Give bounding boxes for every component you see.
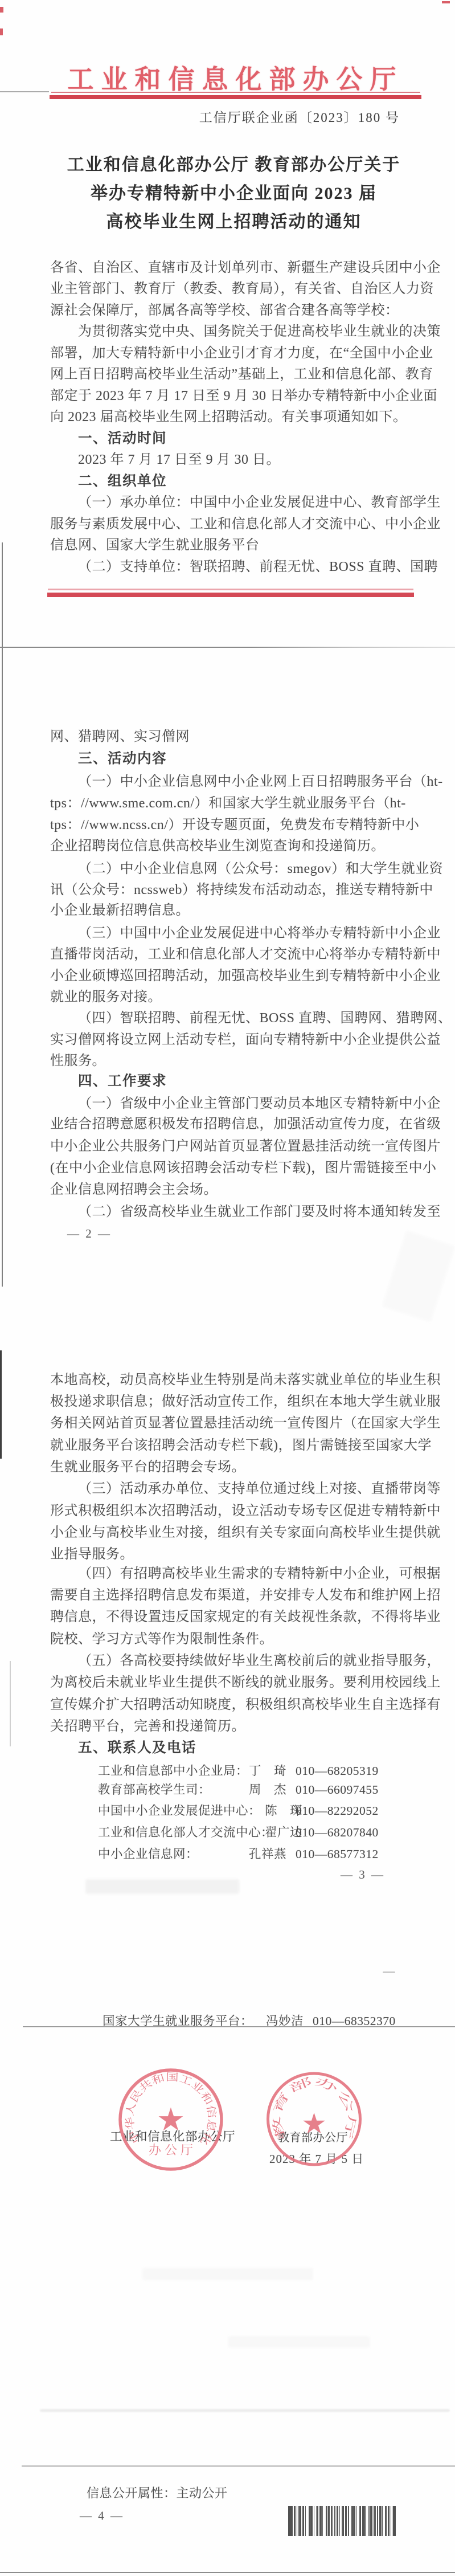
official-seal-moe: 教育部办公厅 ★: [262, 2068, 367, 2171]
document-line: 向 2023 届高校毕业生网上招聘活动。有关事项通知如下。: [50, 409, 407, 426]
document-line: （一）承办单位：中国中小企业发展促进中心、教育部学生: [78, 494, 441, 511]
document-line: 就业的服务对接。: [50, 989, 162, 1006]
section-heading: 二、组织单位: [78, 473, 167, 490]
document-line: 部署，加大专精特新中小企业引才育才力度，在“全国中小企业: [50, 345, 433, 362]
contact-person: 丁 琦: [249, 1762, 286, 1779]
page1-bottom-rule-thick: [47, 593, 414, 597]
document-title-line-3: 高校毕业生网上招聘活动的通知: [0, 212, 455, 232]
document-line: 业指导服务。: [50, 1546, 134, 1563]
scan-artifact-page-edge: [10, 1661, 11, 1746]
document-line: 小企业与高校毕业生对接，组织有关专家面向高校毕业生提供就: [50, 1524, 441, 1541]
document-line: 服务与素质发展中心、工业和信息化部人才交流中心、中小企业: [50, 516, 441, 533]
contact-person: 周 杰: [249, 1781, 286, 1798]
document-line: （四）智联招聘、前程无忧、BOSS 直聘、国聘网、猎聘网、: [78, 1010, 452, 1027]
scan-bleedthrough: [85, 1879, 239, 1894]
page-boundary-line-2: [23, 2026, 455, 2027]
document-line: 信息公开属性：主动公开: [87, 2485, 228, 2502]
scan-bleedthrough: [383, 1971, 395, 1973]
document-line: 宣传媒介扩大招聘活动知晓度，积极组织高校毕业生自主选择有: [50, 1696, 441, 1713]
document-line: （一）中小企业信息网中小企业网上百日招聘服务平台（ht-: [78, 773, 443, 790]
document-line: 各省、自治区、直辖市及计划单列市、新疆生产建设兵团中小企: [50, 259, 441, 276]
document-line: 小企业最新招聘信息。: [50, 902, 190, 919]
letterhead-rule-thin: [51, 92, 420, 93]
scan-bleedthrough: [382, 1231, 455, 1322]
document-line: 务相关网站首页显著位置悬挂活动统一宣传图片（在国家大学生: [50, 1415, 441, 1432]
page-number: — 4 —: [80, 2507, 124, 2524]
document-line: tps：//www.ncss.cn/）开设专题页面，免费发布专精特新中小: [50, 817, 419, 834]
scan-bleedthrough: [142, 2268, 313, 2280]
contact-org: 中小企业信息网：: [98, 1846, 198, 1863]
document-line: 部定于 2023 年 7 月 17 日至 9 月 30 日举办专精特新中小企业面: [50, 387, 437, 405]
contact-phone: 010—68205319: [296, 1762, 379, 1779]
contact-phone: 010—68207840: [296, 1824, 379, 1841]
scanned-document: 工业和信息化部办公厅 工信厅联企业函〔2023〕180 号 工业和信息化部办公厅…: [0, 0, 455, 2576]
barcode: [288, 2506, 396, 2536]
document-line: 2023 年 7 月 17 日至 9 月 30 日。: [78, 451, 280, 468]
document-line: (在中小企业信息网该招聘会活动专栏下载)，图片需链接至中小: [50, 1160, 436, 1177]
page-boundary-line-1: [0, 647, 455, 648]
document-line: （二）中小企业信息网（公众号：smegov）和大学生就业资: [78, 860, 443, 877]
document-line: 信息网、国家大学生就业服务平台: [50, 537, 260, 554]
document-line: （四）有招聘高校毕业生需求的专精特新中小企业，可根据: [78, 1565, 441, 1582]
page-boundary-line-3: [22, 2465, 455, 2467]
official-seal-miit: 中华人民共和国工业和信息化部 ★ 办公厅: [114, 2063, 228, 2177]
scan-artifact-page-edge: [0, 1350, 2, 1459]
document-line: 生就业服务平台的招聘会专场。: [50, 1459, 245, 1476]
document-line: 院校、学习方式等作为限制性条件。: [50, 1631, 273, 1648]
document-line: 实习僧网将设立网上活动专栏，面向专精特新中小企业提供公益: [50, 1031, 441, 1048]
contact-phone: 010—66097455: [296, 1781, 379, 1798]
document-line: 网、猎聘网、实习僧网: [50, 728, 190, 745]
document-line: 极投递求职信息；做好活动宣传工作，组织在本地大学生就业服: [50, 1393, 441, 1410]
document-line: tps：//www.sme.com.cn/）和国家大学生就业服务平台（ht-: [50, 795, 406, 812]
section-heading: 五、联系人及电话: [78, 1740, 196, 1757]
seal-inner-text: 办公厅: [149, 2143, 196, 2157]
scan-artifact-red-speck: [0, 28, 3, 35]
contact-org: 工业和信息部中小企业局：: [98, 1762, 248, 1779]
page1-bottom-rule-thin: [48, 589, 413, 590]
document-line: 为贯彻落实党中央、国务院关于促进高校毕业生就业的决策: [78, 323, 441, 340]
document-line: （五）各高校要持续做好毕业生离校前后的就业指导服务，: [78, 1652, 441, 1669]
document-line: 性服务。: [50, 1052, 106, 1069]
document-line: （三）活动承办单位、支持单位通过线上对接、直播带岗等: [78, 1480, 441, 1497]
document-number: 工信厅联企业函〔2023〕180 号: [199, 107, 400, 126]
document-line: （二）支持单位：智联招聘、前程无忧、BOSS 直聘、国聘: [78, 558, 438, 575]
document-line: 小企业硕博巡回招聘活动，加强高校毕业生到专精特新中小企业: [50, 967, 441, 985]
document-line: （三）中国中小企业发展促进中心将举办专精特新中小企业: [78, 925, 441, 942]
document-line: 形式积极组织本次招聘活动，设立活动专场专区促进专精特新中: [50, 1503, 441, 1520]
document-line: 需要自主选择招聘信息发布渠道，并安排专人发布和维护网上招: [50, 1587, 441, 1604]
star-icon: ★: [157, 2103, 185, 2138]
document-line: 直播带岗活动，工业和信息化部人才交流中心将举办专精特新中: [50, 946, 441, 963]
scan-artifact-page-edge: [2, 542, 3, 1287]
letterhead-agency-title: 工业和信息化部办公厅: [0, 59, 455, 96]
document-line: 讯（公众号：ncssweb）将持续发布活动动态，推送专精特新中: [50, 881, 433, 899]
letterhead-rule-thick: [50, 95, 421, 99]
page-number: — 3 —: [341, 1866, 385, 1883]
document-line: 为离校后未就业毕业生提供不断线的就业服务。要利用校园线上: [50, 1674, 441, 1691]
contact-phone: 010—82292052: [296, 1802, 379, 1819]
document-title-line-2: 举办专精特新中小企业面向 2023 届: [0, 183, 455, 204]
scan-bottom-edge: [0, 2572, 455, 2573]
page-number: — 2 —: [67, 1225, 112, 1242]
contact-org: 中国中小企业发展促进中心：: [98, 1802, 261, 1819]
scan-artifact-red-speck: [0, 7, 3, 13]
document-line: （一）省级中小企业主管部门要动员本地区专精特新中小企: [78, 1095, 441, 1112]
document-line: 就业服务平台该招聘会活动专栏下载)，图片需链接至国家大学: [50, 1437, 432, 1454]
document-line: 企业招聘岗位信息供高校毕业生浏览查询和投递简历。: [50, 838, 385, 855]
document-line: 关招聘平台，完善和投递简历。: [50, 1718, 245, 1735]
document-line: 本地高校，动员高校毕业生特别是尚未落实就业单位的毕业生积: [50, 1371, 441, 1389]
document-line: 业主管部门、教育厅（教委、教育局），有关省、自治区人力资: [50, 280, 434, 297]
document-line: 聘信息，不得设置违反国家规定的有关歧视性条款，不得将毕业: [50, 1609, 441, 1626]
document-line: 中小企业公共服务门户网站首页显著位置悬挂活动统一宣传图片: [50, 1138, 441, 1155]
document-line: 业结合招聘意愿积极发布招聘信息，加强活动宣传力度，在省级: [50, 1116, 441, 1133]
scan-artifact-red-speck: [442, 1, 450, 3]
contact-person: 孔祥燕: [249, 1846, 286, 1863]
scan-bleedthrough: [40, 2409, 450, 2412]
document-title-line-1: 工业和信息化部办公厅 教育部办公厅关于: [0, 155, 455, 175]
document-line: 企业信息网招聘会主会场。: [50, 1181, 218, 1198]
document-line: 网上百日招聘高校毕业生活动”基础上，工业和信息化部、教育: [50, 366, 433, 383]
scan-bleedthrough: [228, 2336, 370, 2348]
document-line: （二）省级高校毕业生就业工作部门要及时将本通知转发至: [78, 1203, 441, 1220]
section-heading: 四、工作要求: [78, 1073, 167, 1090]
contact-org: 工业和信息化部人才交流中心：: [98, 1824, 273, 1841]
contact-phone: 010—68577312: [296, 1846, 379, 1863]
section-heading: 三、活动内容: [78, 750, 167, 768]
star-icon: ★: [301, 2108, 327, 2140]
contact-org: 教育部高校学生司：: [98, 1781, 211, 1798]
document-line: 源社会保障厅，部属各高等学校、部省合建各高等学校：: [50, 302, 399, 319]
section-heading: 一、活动时间: [78, 430, 167, 447]
